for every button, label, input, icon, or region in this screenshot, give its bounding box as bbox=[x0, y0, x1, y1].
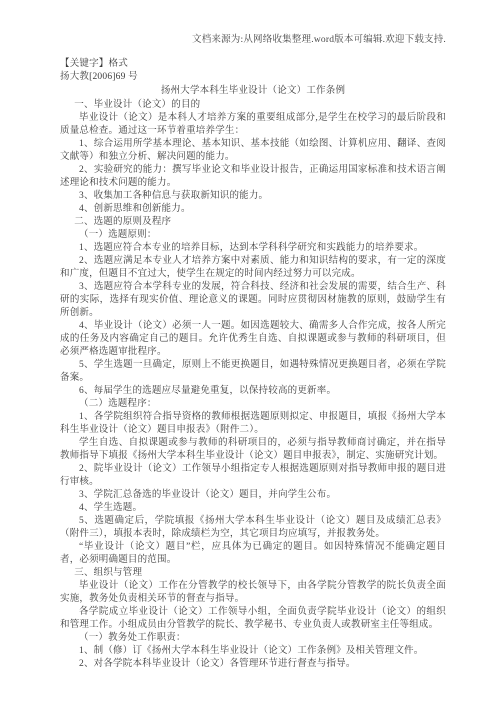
paragraph-indent: 1、综合运用所学基本理论、基本知识、基本技能（如绘图、计算机应用、翻译、查阅文献… bbox=[60, 138, 446, 164]
paragraph-indent: 2、实验研究的能力：撰写毕业论文和毕业设计报告，正确运用国家标准和技术语言阐述理… bbox=[60, 164, 446, 190]
paragraph-indent: 毕业设计（论文）工作在分管教学的校长领导下，由各学院分管教学的院长负责全面实施，… bbox=[60, 580, 446, 606]
paragraph-indent: 5、选题确定后，学院填报《扬州大学本科生毕业设计（论文）题目及成绩汇总表》（附件… bbox=[60, 515, 446, 541]
paragraph-plain: 扬大教[2006]69 号 bbox=[60, 71, 446, 84]
paragraph-indent: 学生自选、自拟课题或参与教师的科研项目的，必须与指导教师商讨确定，并在指导教师指… bbox=[60, 437, 446, 463]
paragraph-indent: 1、选题应符合本专业的培养目标，达到本学科科学研究和实践能力的培养要求。 bbox=[60, 242, 446, 255]
paragraph-indent: 2、对各学院本科毕业设计（论文）各管理环节进行督查与指导。 bbox=[60, 658, 446, 671]
paragraph-indent: 4、创新思维和创新能力。 bbox=[60, 203, 446, 216]
paragraph-heading: 一、毕业设计（论文）的目的 bbox=[60, 99, 446, 112]
paragraph-indent: 1、制（修）订《扬州大学本科生毕业设计（论文）工作条例》及相关管理文件。 bbox=[60, 645, 446, 658]
paragraph-indent: 4、学生选题。 bbox=[60, 502, 446, 515]
paragraph-heading: 二、选题的原则及程序 bbox=[60, 216, 446, 229]
paragraph-indent: 2、选题应满足本专业人才培养方案中对素质、能力和知识结构的要求，有一定的深度和广… bbox=[60, 255, 446, 281]
paragraph-heading: 三、组织与管理 bbox=[60, 567, 446, 580]
paragraph-indent: 3、学院汇总备选的毕业设计（论文）题目，并向学生公布。 bbox=[60, 489, 446, 502]
paragraph-indent: 4、毕业设计（论文）必须一人一题。如因选题较大、确需多人合作完成，按各人所完成的… bbox=[60, 320, 446, 359]
paragraph-indent: 毕业设计（论文）是本科人才培养方案的重要组成部分,是学生在校学习的最后阶段和质量… bbox=[60, 112, 446, 138]
document-page: 文档来源为:从网络收集整理.word版本可编辑.欢迎下载支持.【关键字】格式扬大… bbox=[0, 0, 496, 702]
paragraph-indent: （一）选题原则： bbox=[60, 229, 446, 242]
paragraph-indent: 3、选题应符合本学科专业的发展，符合科技、经济和社会发展的需要，结合生产、科研的… bbox=[60, 281, 446, 320]
document-body: 文档来源为:从网络收集整理.word版本可编辑.欢迎下载支持.【关键字】格式扬大… bbox=[60, 34, 446, 671]
paragraph-indent: 3、收集加工各种信息与获取新知识的能力。 bbox=[60, 190, 446, 203]
paragraph-plain: 【关键字】格式 bbox=[60, 58, 446, 71]
paragraph-title: 扬州大学本科生毕业设计（论文）工作条例 bbox=[60, 85, 446, 98]
paragraph-indent: 6、每届学生的选题应尽量避免重复，以保持较高的更新率。 bbox=[60, 385, 446, 398]
paragraph-indent: （二）选题程序： bbox=[60, 398, 446, 411]
paragraph-indent: 各学院成立毕业设计（论文）工作领导小组，全面负责学院毕业设计（论文）的组织和管理… bbox=[60, 606, 446, 632]
paragraph-indent: 2、院毕业设计（论文）工作领导小组指定专人根据选题原则对指导教师申报的题目进行审… bbox=[60, 463, 446, 489]
paragraph-indent: “毕业设计（论文）题目”栏，应具体为已确定的题目。如因特殊情况不能确定题目者，必… bbox=[60, 541, 446, 567]
paragraph-indent: 5、学生选题一旦确定，原则上不能更换题目，如遇特殊情况更换题目者，必须在学院备案… bbox=[60, 359, 446, 385]
paragraph-indent: 1、各学院组织符合指导资格的教师根据选题原则拟定、申报题目，填报《扬州大学本科生… bbox=[60, 411, 446, 437]
paragraph-indent: （一）教务处工作职责： bbox=[60, 632, 446, 645]
paragraph-note: 文档来源为:从网络收集整理.word版本可编辑.欢迎下载支持. bbox=[60, 34, 446, 47]
